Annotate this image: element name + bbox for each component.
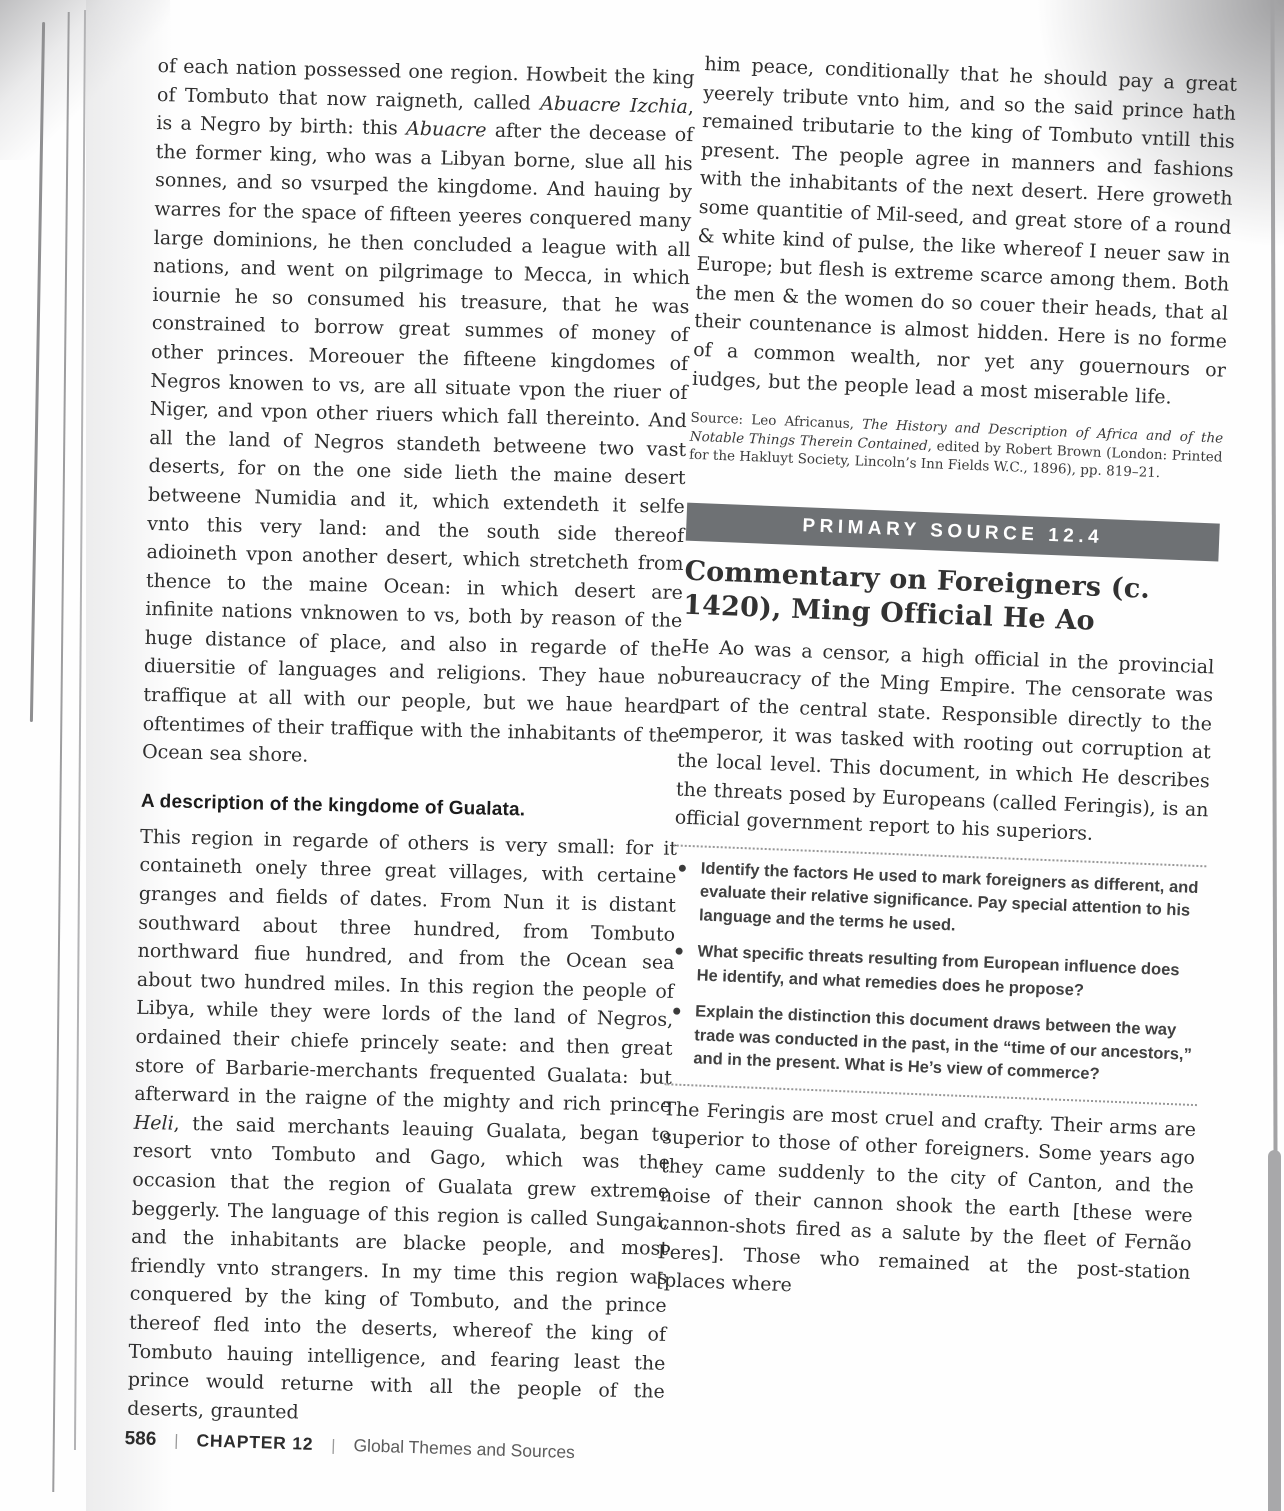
bullet-icon (675, 948, 682, 955)
subheading-gualata: A description of the kingdome of Gualata… (141, 791, 678, 825)
discussion-questions: Identify the factors He used to mark for… (665, 856, 1206, 1091)
bullet-icon (679, 864, 686, 871)
page-footer: 586 | CHAPTER 12 | Global Themes and Sou… (124, 1428, 575, 1464)
page-number: 586 (124, 1428, 156, 1451)
question-text: Identify the factors He used to mark for… (699, 859, 1199, 934)
right-column: him peace, conditionally that he should … (656, 50, 1238, 1316)
primary-source-heading: Commentary on Foreigners (c. 1420), Ming… (683, 554, 1218, 643)
primary-source-banner-label: PRIMARY SOURCE 12.4 (802, 515, 1104, 549)
body-paragraph-tombuto-end: him peace, conditionally that he should … (692, 50, 1238, 414)
left-column: of each nation possessed one region. How… (127, 52, 695, 1435)
question-text: Explain the distinction this document dr… (693, 1003, 1192, 1084)
question-item: Identify the factors He used to mark for… (671, 856, 1206, 947)
primary-source-introduction: He Ao was a censor, a high official in t… (674, 632, 1214, 853)
scan-page-edge-line (52, 12, 69, 1492)
scanned-textbook-page: { "document": { "left_column": { "paragr… (0, 0, 1284, 1511)
primary-source-banner: PRIMARY SOURCE 12.4 (686, 502, 1220, 561)
primary-source-excerpt: The Feringis are most cruel and crafty. … (656, 1095, 1196, 1316)
footer-separator: | (331, 1437, 336, 1455)
source-citation: Source: Leo Africanus, The History and D… (689, 409, 1224, 485)
scan-page-edge-line (74, 10, 86, 1450)
scan-page-edge-right-bottom (1268, 1150, 1281, 1511)
section-title: Global Themes and Sources (353, 1435, 575, 1463)
question-item: Explain the distinction this document dr… (665, 1000, 1200, 1091)
body-paragraph-gualata: This region in regarde of others is very… (127, 823, 677, 1435)
question-item: What specific threats resulting from Eur… (668, 940, 1202, 1008)
footer-separator: | (174, 1433, 179, 1451)
bullet-icon (673, 1008, 680, 1015)
body-paragraph-tombuto: of each nation possessed one region. How… (142, 52, 695, 779)
scan-page-edge-line (30, 22, 45, 722)
question-text: What specific threats resulting from Eur… (696, 943, 1180, 1000)
chapter-label: CHAPTER 12 (196, 1430, 314, 1455)
scan-page-edge-right (1270, 0, 1277, 1160)
